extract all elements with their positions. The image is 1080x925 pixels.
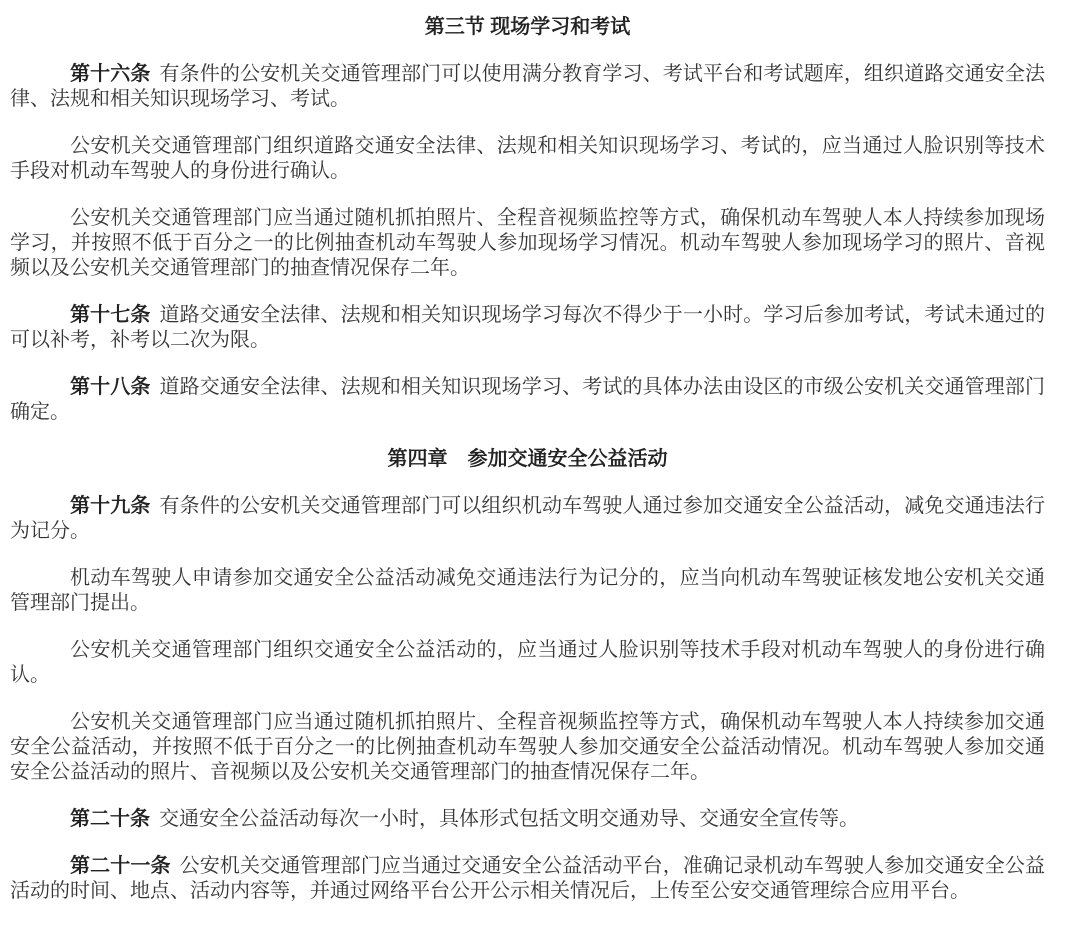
article-18-paragraph: 第十八条道路交通安全法律、法规和相关知识现场学习、考试的具体办法由设区的市级公安… (10, 375, 1045, 425)
article-17-paragraph: 第十七条道路交通安全法律、法规和相关知识现场学习每次不得少于一小时。学习后参加考… (10, 303, 1045, 353)
article-19-paragraph-2-text: 机动车驾驶人申请参加交通安全公益活动减免交通违法行为记分的，应当向机动车驾驶证核… (10, 567, 1045, 614)
article-19-paragraph-4-text: 公安机关交通管理部门应当通过随机抓拍照片、全程音视频监控等方式，确保机动车驾驶人… (10, 711, 1045, 783)
article-16-paragraph-3-text: 公安机关交通管理部门应当通过随机抓拍照片、全程音视频监控等方式，确保机动车驾驶人… (10, 207, 1045, 279)
article-16-paragraph: 第十六条有条件的公安机关交通管理部门可以使用满分教育学习、考试平台和考试题库，组… (10, 62, 1045, 112)
article-16-number: 第十六条 (70, 63, 151, 85)
article-21-paragraph: 第二十一条公安机关交通管理部门应当通过交通安全公益活动平台，准确记录机动车驾驶人… (10, 854, 1045, 904)
article-19-paragraph: 第十九条有条件的公安机关交通管理部门可以组织机动车驾驶人通过参加交通安全公益活动… (10, 494, 1045, 544)
article-20-paragraph: 第二十条交通安全公益活动每次一小时，具体形式包括文明交通劝导、交通安全宣传等。 (10, 807, 1045, 832)
article-19-number: 第十九条 (70, 495, 151, 517)
article-21-number: 第二十一条 (70, 855, 171, 877)
article-16-paragraph-3: 公安机关交通管理部门应当通过随机抓拍照片、全程音视频监控等方式，确保机动车驾驶人… (10, 206, 1045, 281)
article-19-paragraph-3-text: 公安机关交通管理部门组织交通安全公益活动的，应当通过人脸识别等技术手段对机动车驾… (10, 639, 1045, 686)
article-16-text: 有条件的公安机关交通管理部门可以使用满分教育学习、考试平台和考试题库，组织道路交… (10, 63, 1045, 110)
document-page: 第三节 现场学习和考试 第十六条有条件的公安机关交通管理部门可以使用满分教育学习… (0, 0, 1080, 925)
article-19-paragraph-2: 机动车驾驶人申请参加交通安全公益活动减免交通违法行为记分的，应当向机动车驾驶证核… (10, 566, 1045, 616)
article-17-number: 第十七条 (70, 304, 151, 326)
section-heading: 第三节 现场学习和考试 (10, 15, 1045, 40)
article-20-number: 第二十条 (70, 808, 150, 830)
article-19-paragraph-4: 公安机关交通管理部门应当通过随机抓拍照片、全程音视频监控等方式，确保机动车驾驶人… (10, 710, 1045, 785)
article-18-text: 道路交通安全法律、法规和相关知识现场学习、考试的具体办法由设区的市级公安机关交通… (10, 376, 1045, 423)
article-19-paragraph-3: 公安机关交通管理部门组织交通安全公益活动的，应当通过人脸识别等技术手段对机动车驾… (10, 638, 1045, 688)
chapter-heading: 第四章 参加交通安全公益活动 (10, 447, 1045, 472)
article-16-paragraph-2-text: 公安机关交通管理部门组织道路交通安全法律、法规和相关知识现场学习、考试的，应当通… (10, 135, 1045, 182)
article-18-number: 第十八条 (70, 376, 151, 398)
article-20-text: 交通安全公益活动每次一小时，具体形式包括文明交通劝导、交通安全宣传等。 (159, 808, 859, 830)
article-16-paragraph-2: 公安机关交通管理部门组织道路交通安全法律、法规和相关知识现场学习、考试的，应当通… (10, 134, 1045, 184)
article-17-text: 道路交通安全法律、法规和相关知识现场学习每次不得少于一小时。学习后参加考试，考试… (10, 304, 1045, 351)
article-19-text: 有条件的公安机关交通管理部门可以组织机动车驾驶人通过参加交通安全公益活动，减免交… (10, 495, 1045, 542)
